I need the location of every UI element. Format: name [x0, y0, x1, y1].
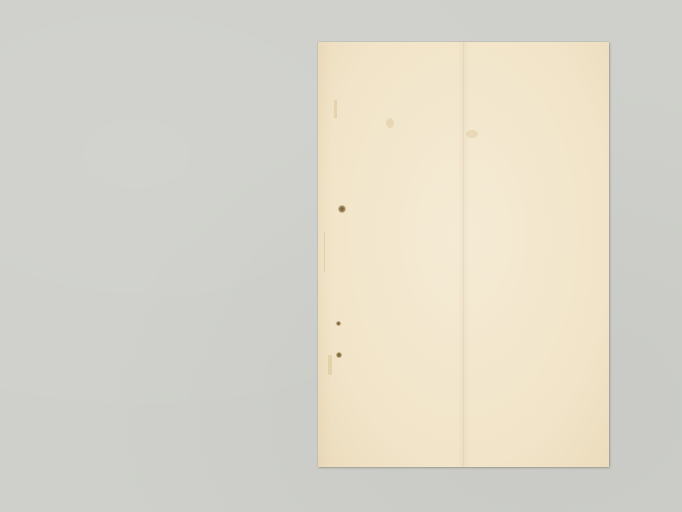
blank-document-page: [318, 42, 609, 467]
paper-stain: [328, 355, 332, 375]
binding-hole: [336, 352, 342, 358]
paper-stain: [466, 130, 478, 138]
binding-hole: [338, 205, 346, 213]
center-fold: [463, 42, 464, 467]
paper-stain: [334, 100, 337, 118]
paper-crease: [324, 232, 325, 272]
binding-hole: [336, 321, 341, 326]
paper-stain: [386, 118, 394, 128]
